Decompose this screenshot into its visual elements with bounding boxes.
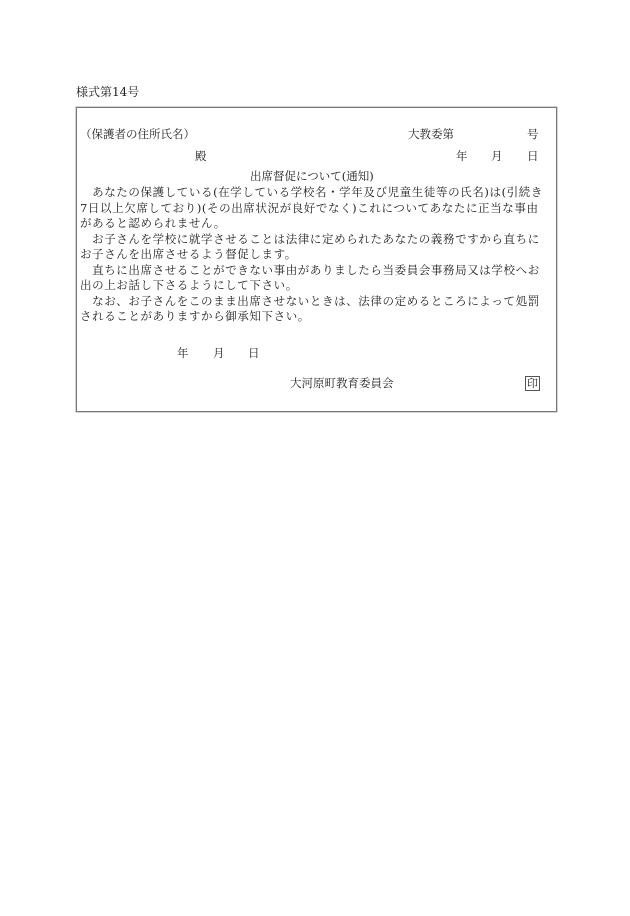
header-day: 日 — [527, 149, 539, 164]
header-year: 年 — [456, 149, 468, 164]
form-number: 様式第14号 — [76, 83, 139, 100]
seal-mark: 印 — [525, 376, 540, 391]
honorific: 殿 — [195, 149, 207, 164]
notice-title: 出席督促について(通知) — [250, 169, 374, 184]
paragraph-duty: お子さんを学校に就学させることは法律に定められたあなたの義務ですから直ちにお子さ… — [80, 232, 550, 263]
issuer-name: 大河原町教育委員会 — [290, 376, 394, 391]
reference-suffix: 号 — [527, 127, 539, 142]
header-month: 月 — [491, 149, 503, 164]
recipient-placeholder: （保護者の住所氏名） — [80, 127, 195, 142]
paragraph-status: あなたの保護している(在学している学校名・学年及び児童生徒等の氏名)は(引続き7… — [80, 185, 550, 232]
paragraph-contact: 直ちに出席させることができない事由がありましたら当委員会事務局又は学校へお出の上… — [80, 263, 550, 294]
footer-day: 日 — [248, 346, 260, 361]
notice-body: あなたの保護している(在学している学校名・学年及び児童生徒等の氏名)は(引続き7… — [80, 185, 550, 325]
paragraph-penalty: なお、お子さんをこのまま出席させないときは、法律の定めるところによって処罰される… — [80, 294, 550, 325]
footer-year: 年 — [177, 346, 189, 361]
reference-prefix: 大教委第 — [408, 127, 454, 142]
footer-month: 月 — [213, 346, 225, 361]
